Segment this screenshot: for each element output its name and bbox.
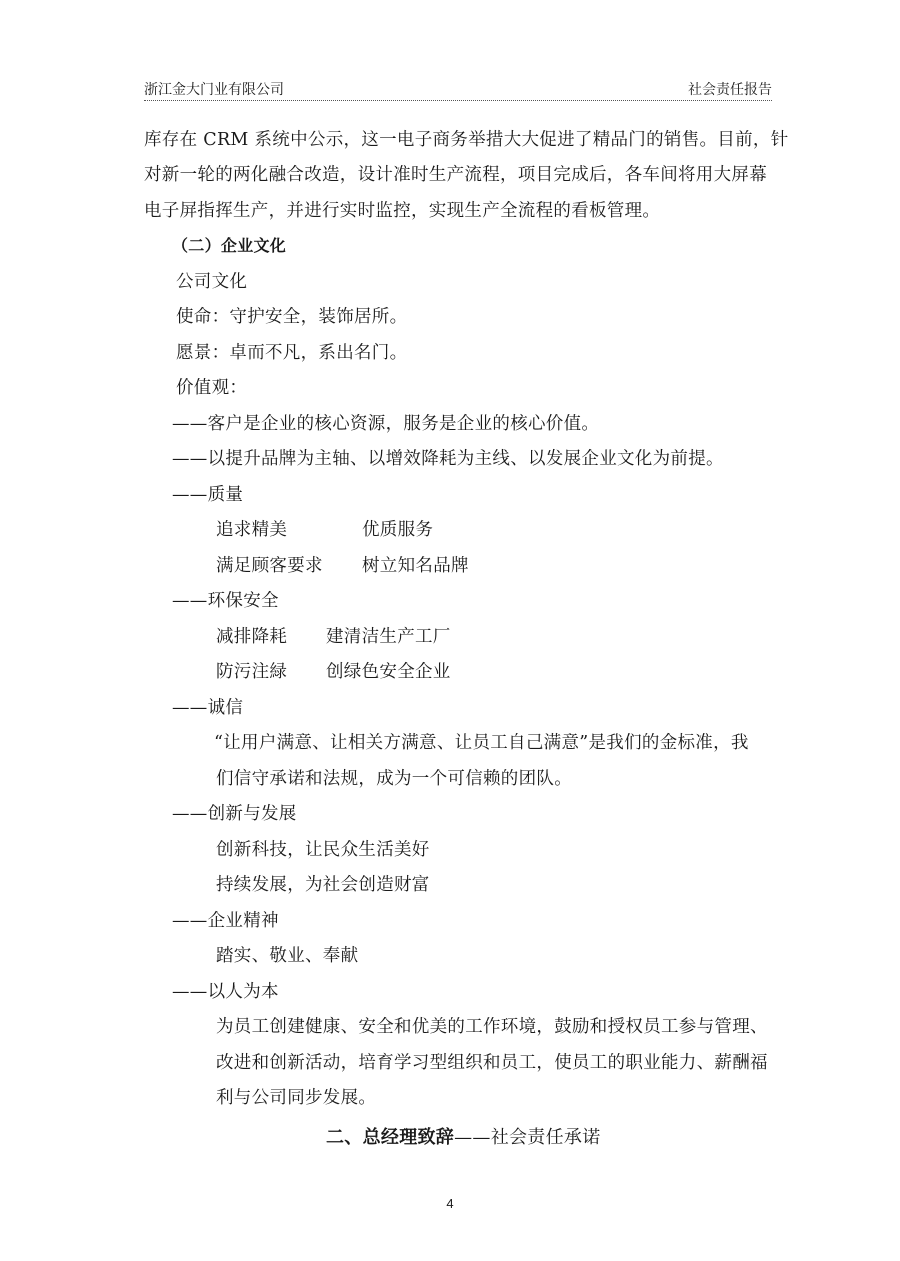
quality-title: ——质量 xyxy=(172,484,243,506)
intro-line-2: 对新一轮的两化融合改造，设计准时生产流程，项目完成后，各车间将用大屏幕 xyxy=(144,164,767,186)
mission-text: 使命：守护安全，装饰居所。 xyxy=(176,306,407,328)
integrity-line-1: “让用户满意、让相关方满意、让员工自己满意”是我们的金标准，我 xyxy=(214,732,749,754)
quality-row-1-b: 优质服务 xyxy=(362,519,433,541)
header-report-title: 社会责任报告 xyxy=(688,79,772,99)
value-item-2: ——以提升品牌为主轴、以增效降耗为主线、以发展企业文化为前提。 xyxy=(172,448,724,470)
integrity-title: ——诚信 xyxy=(172,697,243,719)
quality-row-2-a: 满足顾客要求 xyxy=(216,555,323,577)
people-line-1: 为员工创建健康、安全和优美的工作环境，鼓励和授权员工参与管理、 xyxy=(216,1016,768,1038)
innovation-line-1: 创新科技，让民众生活美好 xyxy=(216,839,430,861)
people-line-2: 改进和创新活动，培育学习型组织和员工，使员工的职业能力、薪酬福 xyxy=(216,1052,768,1074)
spirit-line-1: 踏实、敬业、奉献 xyxy=(216,945,358,967)
vision-text: 愿景：卓而不凡，系出名门。 xyxy=(176,342,407,364)
quality-row-2-b: 树立知名品牌 xyxy=(362,555,469,577)
next-heading-rest: ——社会责任承诺 xyxy=(454,1127,600,1148)
integrity-line-2: 们信守承诺和法规，成为一个可信赖的团队。 xyxy=(216,768,572,790)
quality-row-1-a: 追求精美 xyxy=(216,519,287,541)
value-item-1: ——客户是企业的核心资源，服务是企业的核心价值。 xyxy=(172,413,599,435)
next-section-heading: 二、总经理致辞——社会责任承诺 xyxy=(326,1127,601,1149)
spirit-title: ——企业精神 xyxy=(172,910,279,932)
page-header: 浙江金大门业有限公司 社会责任报告 xyxy=(144,78,772,101)
people-line-3: 利与公司同步发展。 xyxy=(216,1087,376,1109)
innovation-line-2: 持续发展，为社会创造财富 xyxy=(216,874,430,896)
environment-row-2-a: 防污注緑 xyxy=(216,661,287,683)
next-heading-bold: 二、总经理致辞 xyxy=(326,1127,454,1148)
intro-line-1: 库存在 CRM 系统中公示，这一电子商务举措大大促进了精品门的销售。目前，针 xyxy=(144,129,789,151)
header-company: 浙江金大门业有限公司 xyxy=(144,79,284,99)
environment-row-2-b: 创绿色安全企业 xyxy=(326,661,451,683)
culture-subtitle: 公司文化 xyxy=(176,271,247,293)
environment-title: ——环保安全 xyxy=(172,590,279,612)
values-label: 价值观： xyxy=(176,377,247,399)
people-title: ——以人为本 xyxy=(172,981,279,1003)
environment-row-1-a: 减排降耗 xyxy=(216,626,287,648)
innovation-title: ——创新与发展 xyxy=(172,803,297,825)
intro-line-3: 电子屏指挥生产，并进行实时监控，实现生产全流程的看板管理。 xyxy=(144,200,660,222)
page-number: 4 xyxy=(0,1196,900,1211)
section-heading: （二）企业文化 xyxy=(172,235,286,257)
environment-row-1-b: 建清洁生产工厂 xyxy=(326,626,451,648)
